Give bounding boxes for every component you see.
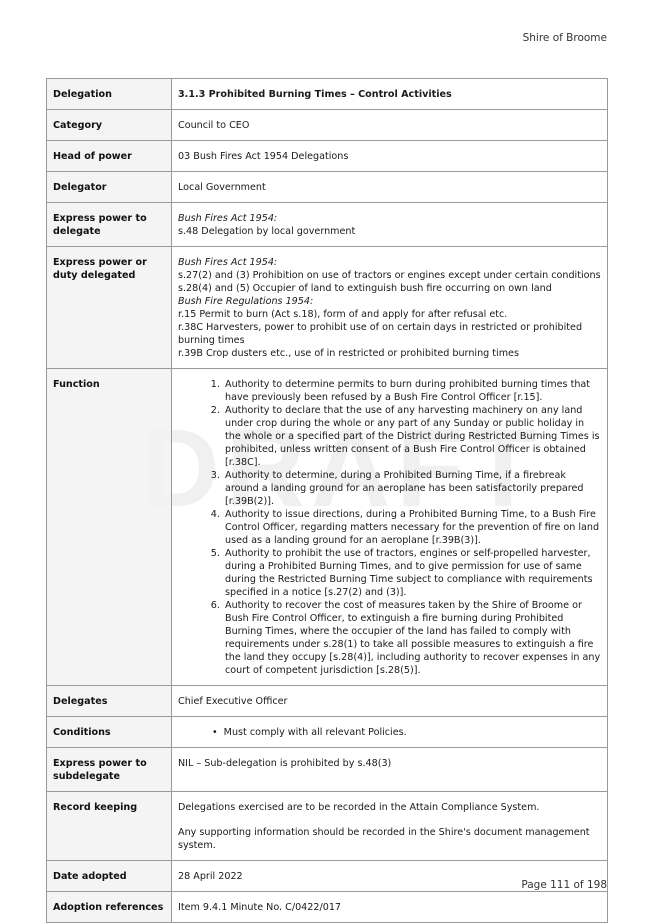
regulation-line: r.15 Permit to burn (Act s.18), form of …	[178, 308, 601, 321]
value-category: Council to CEO	[172, 110, 608, 141]
row-category: Category Council to CEO	[47, 110, 608, 141]
value-subdelegate: NIL – Sub-delegation is prohibited by s.…	[172, 748, 608, 792]
row-function: Function Authority to determine permits …	[47, 369, 608, 686]
act-title: Bush Fires Act 1954:	[178, 256, 601, 269]
row-conditions: Conditions Must comply with all relevant…	[47, 717, 608, 748]
row-subdelegate: Express power to subdelegate NIL – Sub-d…	[47, 748, 608, 792]
organisation-name: Shire of Broome	[523, 32, 607, 44]
value-adoption-references: Item 9.4.1 Minute No. C/0422/017	[172, 892, 608, 923]
row-delegator: Delegator Local Government	[47, 172, 608, 203]
record-paragraph: Delegations exercised are to be recorded…	[178, 801, 601, 814]
section-line: s.28(4) and (5) Occupier of land to exti…	[178, 282, 601, 295]
label-date-adopted: Date adopted	[47, 861, 172, 892]
row-express-power-to-delegate: Express power to delegate Bush Fires Act…	[47, 203, 608, 247]
record-paragraph: Any supporting information should be rec…	[178, 826, 601, 852]
value-delegator: Local Government	[172, 172, 608, 203]
value-delegation: 3.1.3 Prohibited Burning Times – Control…	[172, 79, 608, 110]
function-item: Authority to determine, during a Prohibi…	[223, 469, 601, 508]
value-delegates: Chief Executive Officer	[172, 686, 608, 717]
label-delegation: Delegation	[47, 79, 172, 110]
row-record-keeping: Record keeping Delegations exercised are…	[47, 792, 608, 861]
label-category: Category	[47, 110, 172, 141]
label-conditions: Conditions	[47, 717, 172, 748]
value-function: Authority to determine permits to burn d…	[172, 369, 608, 686]
label-record-keeping: Record keeping	[47, 792, 172, 861]
row-adoption-references: Adoption references Item 9.4.1 Minute No…	[47, 892, 608, 923]
function-item: Authority to recover the cost of measure…	[223, 599, 601, 677]
row-express-power-or-duty: Express power or duty delegated Bush Fir…	[47, 247, 608, 369]
function-item: Authority to declare that the use of any…	[223, 404, 601, 469]
label-delegates: Delegates	[47, 686, 172, 717]
label-subdelegate: Express power to subdelegate	[47, 748, 172, 792]
value-head-of-power: 03 Bush Fires Act 1954 Delegations	[172, 141, 608, 172]
value-conditions: Must comply with all relevant Policies.	[172, 717, 608, 748]
row-head-of-power: Head of power 03 Bush Fires Act 1954 Del…	[47, 141, 608, 172]
function-list: Authority to determine permits to burn d…	[178, 378, 601, 677]
regulation-line: r.38C Harvesters, power to prohibit use …	[178, 321, 601, 347]
value-express-power-or-duty: Bush Fires Act 1954: s.27(2) and (3) Pro…	[172, 247, 608, 369]
label-delegator: Delegator	[47, 172, 172, 203]
function-item: Authority to prohibit the use of tractor…	[223, 547, 601, 599]
label-adoption-references: Adoption references	[47, 892, 172, 923]
condition-item: Must comply with all relevant Policies.	[212, 726, 601, 739]
act-title: Bush Fires Act 1954:	[178, 212, 601, 225]
section-line: s.48 Delegation by local government	[178, 225, 601, 238]
value-record-keeping: Delegations exercised are to be recorded…	[172, 792, 608, 861]
regulation-line: r.39B Crop dusters etc., use of in restr…	[178, 347, 601, 360]
regulations-title: Bush Fire Regulations 1954:	[178, 295, 601, 308]
section-line: s.27(2) and (3) Prohibition on use of tr…	[178, 269, 601, 282]
row-delegation: Delegation 3.1.3 Prohibited Burning Time…	[47, 79, 608, 110]
value-date-adopted: 28 April 2022	[172, 861, 608, 892]
label-function: Function	[47, 369, 172, 686]
row-date-adopted: Date adopted 28 April 2022	[47, 861, 608, 892]
function-item: Authority to determine permits to burn d…	[223, 378, 601, 404]
delegation-table: Delegation 3.1.3 Prohibited Burning Time…	[46, 78, 608, 923]
conditions-list: Must comply with all relevant Policies.	[178, 726, 601, 739]
function-item: Authority to issue directions, during a …	[223, 508, 601, 547]
label-express-power-or-duty: Express power or duty delegated	[47, 247, 172, 369]
row-delegates: Delegates Chief Executive Officer	[47, 686, 608, 717]
label-head-of-power: Head of power	[47, 141, 172, 172]
value-express-power-to-delegate: Bush Fires Act 1954: s.48 Delegation by …	[172, 203, 608, 247]
label-express-power-to-delegate: Express power to delegate	[47, 203, 172, 247]
